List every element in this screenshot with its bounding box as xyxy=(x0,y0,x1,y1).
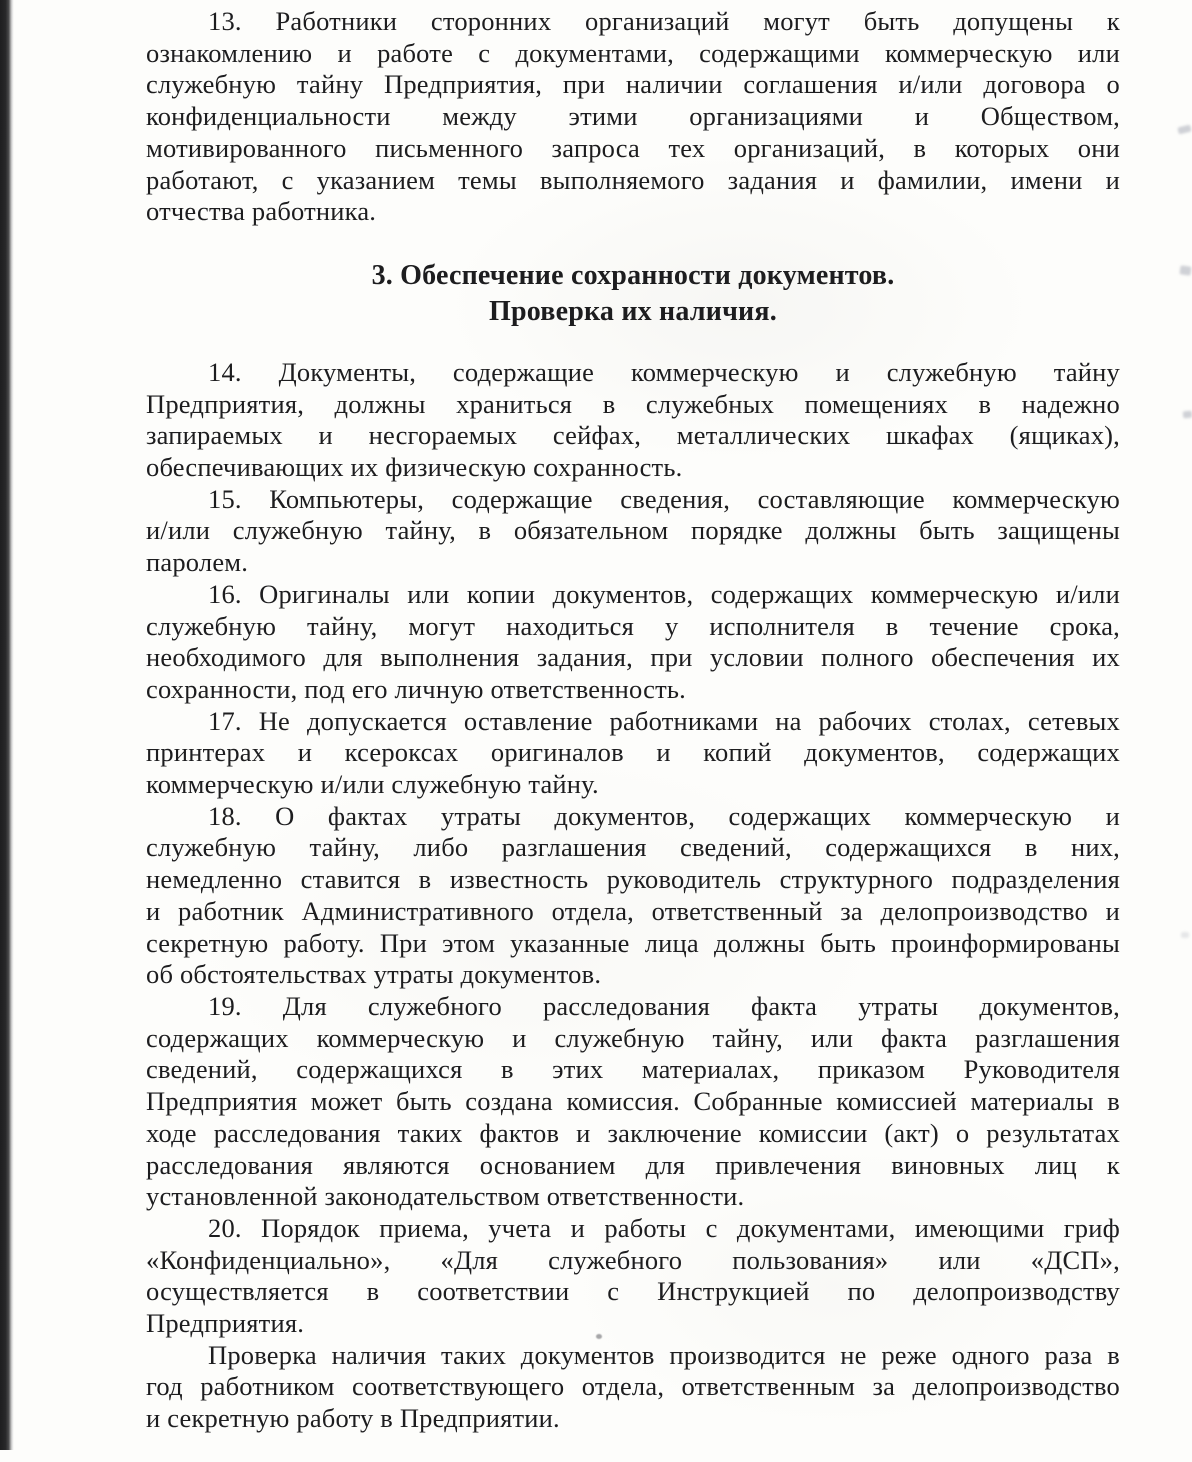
text-line: содержащих коммерческую и служебную тайн… xyxy=(146,1023,1120,1055)
paragraph-20: 20. Порядок приема, учета и работы с док… xyxy=(146,1213,1120,1340)
text-line: 17. Не допускается оставление работникам… xyxy=(146,706,1120,738)
text-line: необходимого для выполнения задания, при… xyxy=(146,642,1120,674)
paragraph-17: 17. Не допускается оставление работникам… xyxy=(146,706,1120,801)
text-line: и работник Административного отдела, отв… xyxy=(146,896,1120,928)
text-line: 20. Порядок приема, учета и работы с док… xyxy=(146,1213,1120,1245)
text-line: 16. Оригиналы или копии документов, соде… xyxy=(146,579,1120,611)
paragraph-15: 15. Компьютеры, содержащие сведения, сос… xyxy=(146,484,1120,579)
text-line: Предприятия. xyxy=(146,1308,1120,1340)
text-line: сохранности, под его личную ответственно… xyxy=(146,674,1120,706)
scanner-edge-strip xyxy=(0,0,14,1450)
scan-smudge xyxy=(1183,411,1192,419)
paragraph-check-availability: Проверка наличия таких документов произв… xyxy=(146,1340,1120,1435)
text-line: Предприятия может быть создана комиссия.… xyxy=(146,1086,1120,1118)
text-line: мотивированного письменного запроса тех … xyxy=(146,133,1120,165)
text-line: запираемых и несгораемых сейфах, металли… xyxy=(146,420,1120,452)
text-line: 15. Компьютеры, содержащие сведения, сос… xyxy=(146,484,1120,516)
scan-speck xyxy=(596,1334,602,1339)
text-line: ознакомлению и работе с документами, сод… xyxy=(146,38,1120,70)
text-line: конфиденциальности между этими организац… xyxy=(146,101,1120,133)
text-line: год работником соответствующего отдела, … xyxy=(146,1371,1120,1403)
text-line: служебную тайну Предприятия, при наличии… xyxy=(146,69,1120,101)
text-line: паролем. xyxy=(146,547,1120,579)
paragraph-18: 18. О фактах утраты документов, содержащ… xyxy=(146,801,1120,991)
text-line: Проверка наличия таких документов произв… xyxy=(146,1340,1120,1372)
scan-smudge xyxy=(1181,932,1189,938)
text-line: Предприятия, должны храниться в служебны… xyxy=(146,389,1120,421)
text-line: обеспечивающих их физическую сохранность… xyxy=(146,452,1120,484)
text-line: работают, с указанием темы выполняемого … xyxy=(146,165,1120,197)
paragraph-13: 13. Работники сторонних организаций могу… xyxy=(146,6,1120,228)
section-heading-line-2: Проверка их наличия. xyxy=(146,294,1120,330)
text-line: установленной законодательством ответств… xyxy=(146,1181,1120,1213)
text-line: 14. Документы, содержащие коммерческую и… xyxy=(146,357,1120,389)
paragraph-16: 16. Оригиналы или копии документов, соде… xyxy=(146,579,1120,706)
text-line: сведений, содержащихся в этих материалах… xyxy=(146,1054,1120,1086)
text-line: служебную тайну, либо разглашения сведен… xyxy=(146,832,1120,864)
scan-smudge xyxy=(1177,125,1191,135)
paragraph-19: 19. Для служебного расследования факта у… xyxy=(146,991,1120,1213)
text-line: расследования являются основанием для пр… xyxy=(146,1150,1120,1182)
text-line: немедленно ставится в известность руково… xyxy=(146,864,1120,896)
text-line: отчества работника. xyxy=(146,196,1120,228)
text-line: 18. О фактах утраты документов, содержащ… xyxy=(146,801,1120,833)
document-text-block: 13. Работники сторонних организаций могу… xyxy=(146,6,1120,1435)
text-line: осуществляется в соответствии с Инструкц… xyxy=(146,1276,1120,1308)
text-line: 19. Для служебного расследования факта у… xyxy=(146,991,1120,1023)
paragraph-14: 14. Документы, содержащие коммерческую и… xyxy=(146,357,1120,484)
text-line: секретную работу. При этом указанные лиц… xyxy=(146,928,1120,960)
text-line: принтерах и ксероксах оригиналов и копий… xyxy=(146,737,1120,769)
text-line: и/или служебную тайну, в обязательном по… xyxy=(146,515,1120,547)
scan-smudge xyxy=(1179,265,1191,275)
text-line: коммерческую и/или служебную тайну. xyxy=(146,769,1120,801)
section-heading-line-1: 3. Обеспечение сохранности документов. xyxy=(146,258,1120,294)
text-line: 13. Работники сторонних организаций могу… xyxy=(146,6,1120,38)
section-heading: 3. Обеспечение сохранности документов. П… xyxy=(146,258,1120,330)
text-line: ходе расследования таких фактов и заключ… xyxy=(146,1118,1120,1150)
text-line: об обстоятельствах утраты документов. xyxy=(146,959,1120,991)
text-line: и секретную работу в Предприятии. xyxy=(146,1403,1120,1435)
text-line: «Конфиденциально», «Для служебного польз… xyxy=(146,1245,1120,1277)
text-line: служебную тайну, могут находиться у испо… xyxy=(146,611,1120,643)
scanned-document-page: 13. Работники сторонних организаций могу… xyxy=(0,0,1192,1462)
